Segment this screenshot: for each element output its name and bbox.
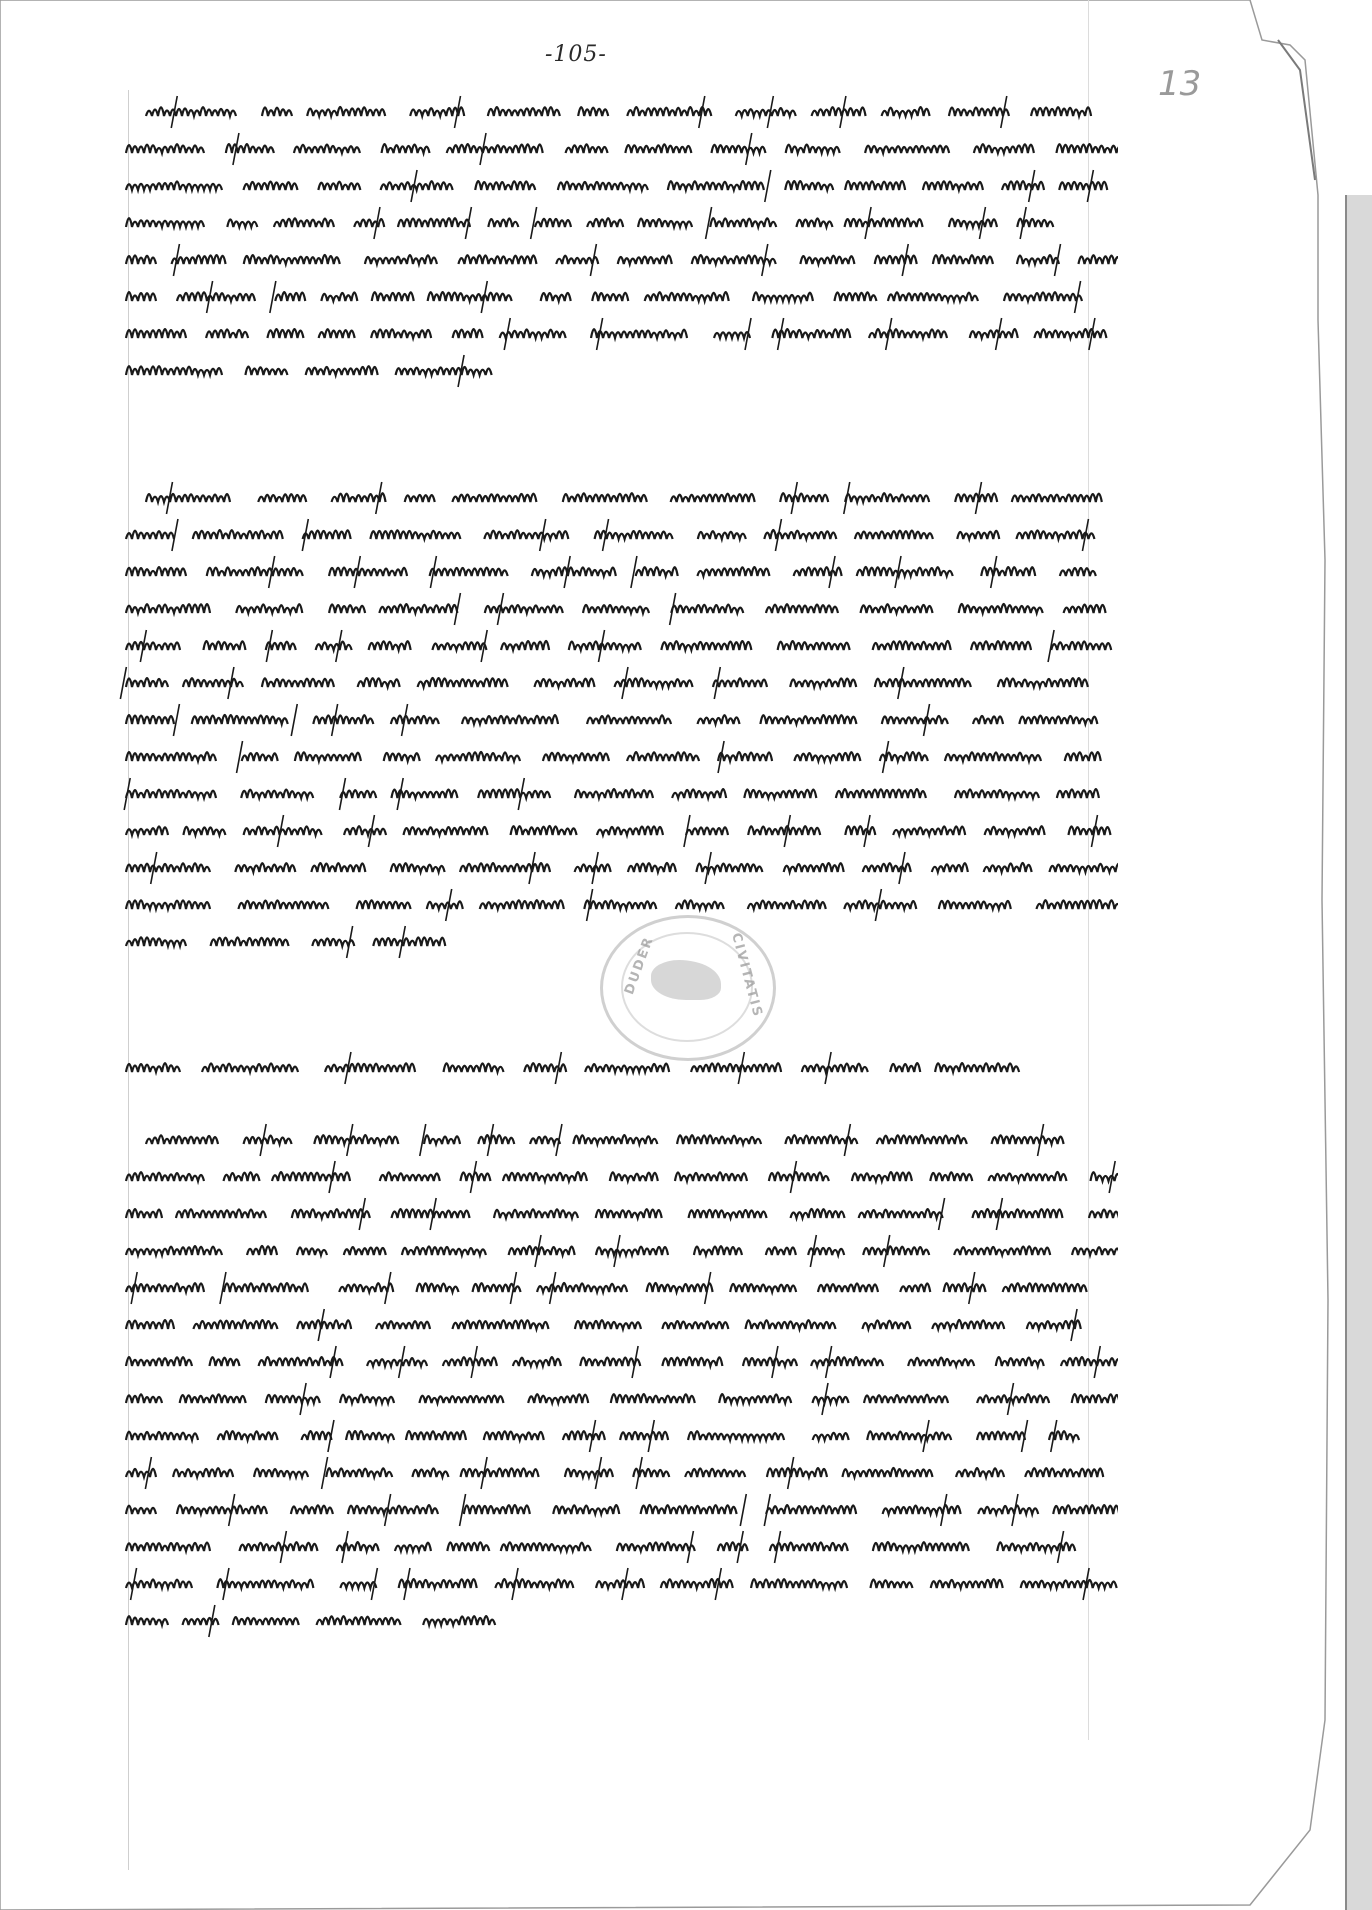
manuscript-page: -105- 13 DUDER CIVITATIS — [0, 0, 1345, 1910]
archive-seal-stamp: DUDER CIVITATIS — [600, 915, 776, 1061]
scan-backing-board — [1345, 195, 1372, 1910]
folio-number: 13 — [1158, 64, 1201, 104]
page-number: -105- — [545, 42, 607, 67]
